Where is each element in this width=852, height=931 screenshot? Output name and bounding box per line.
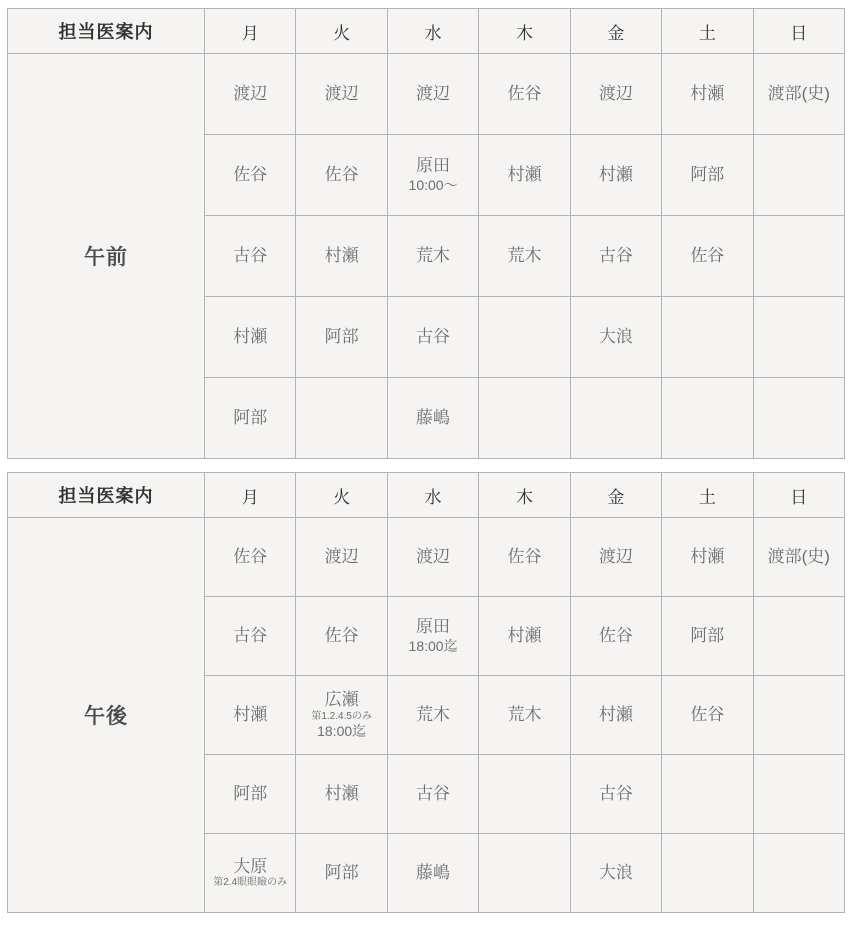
doctor-name: 荒木	[479, 246, 569, 266]
day-header-4: 木	[479, 9, 570, 54]
schedule-cell: 渡辺	[205, 54, 296, 135]
day-header-1: 月	[205, 473, 296, 518]
day-header-2: 火	[296, 9, 387, 54]
doctor-name: 村瀬	[205, 705, 295, 725]
schedule-cell: 古谷	[387, 297, 478, 378]
schedule-cell-empty	[662, 378, 753, 459]
schedule-cell: 村瀬	[479, 597, 570, 676]
doctor-name: 村瀬	[571, 705, 661, 725]
schedule-cell: 佐谷	[205, 135, 296, 216]
doctor-sub: 18:00迄	[296, 723, 386, 740]
doctor-note: 第2.4眼眼瞼のみ	[205, 877, 295, 889]
header-row: 担当医案内月火水木金土日	[8, 9, 845, 54]
schedule-cell: 荒木	[479, 676, 570, 755]
doctor-name: 古谷	[205, 626, 295, 646]
doctor-name: 村瀬	[571, 165, 661, 185]
day-header-7: 日	[753, 9, 844, 54]
doctor-name: 佐谷	[205, 547, 295, 567]
schedule-cell-empty	[753, 676, 844, 755]
schedule-cell: 大原第2.4眼眼瞼のみ	[205, 834, 296, 913]
doctor-name: 古谷	[388, 784, 478, 804]
schedule-cell: 藤嶋	[387, 378, 478, 459]
doctor-name: 原田	[388, 617, 478, 637]
schedule-cell: 古谷	[570, 216, 661, 297]
corner-header-label: 担当医案内	[8, 9, 205, 54]
doctor-name: 広瀬	[296, 690, 386, 710]
schedule-cell: 大浪	[570, 834, 661, 913]
doctor-name: 古谷	[571, 246, 661, 266]
schedule-cell-empty	[753, 755, 844, 834]
doctor-name: 渡部(史)	[754, 84, 844, 104]
doctor-name: 原田	[388, 156, 478, 176]
schedule-cell: 渡辺	[387, 54, 478, 135]
doctor-name: 佐谷	[479, 547, 569, 567]
schedule-cell-empty	[662, 834, 753, 913]
doctor-name: 大浪	[571, 327, 661, 347]
doctor-name: 村瀬	[296, 246, 386, 266]
schedule-cell: 阿部	[296, 834, 387, 913]
schedule-cell: 佐谷	[662, 216, 753, 297]
schedule-row: 午後佐谷渡辺渡辺佐谷渡辺村瀬渡部(史)	[8, 518, 845, 597]
doctor-name: 佐谷	[571, 626, 661, 646]
corner-header-label: 担当医案内	[8, 473, 205, 518]
schedule-cell: 阿部	[205, 755, 296, 834]
schedule-cell: 佐谷	[205, 518, 296, 597]
doctor-name: 渡辺	[388, 84, 478, 104]
schedule-cell: 佐谷	[479, 518, 570, 597]
day-header-5: 金	[570, 9, 661, 54]
doctor-name: 村瀬	[479, 165, 569, 185]
schedule-cell: 村瀬	[296, 216, 387, 297]
doctor-name: 佐谷	[479, 84, 569, 104]
schedule-cell: 荒木	[479, 216, 570, 297]
schedule-cell-empty	[753, 597, 844, 676]
schedule-cell: 渡辺	[296, 518, 387, 597]
schedule-cell: 佐谷	[296, 135, 387, 216]
schedule-cell: 村瀬	[479, 135, 570, 216]
doctor-name: 村瀬	[296, 784, 386, 804]
schedule-cell: 村瀬	[570, 135, 661, 216]
doctor-schedule-page: 担当医案内月火水木金土日午前渡辺渡辺渡辺佐谷渡辺村瀬渡部(史)佐谷佐谷原田10:…	[0, 0, 852, 931]
doctor-sub: 10:00～	[388, 177, 478, 194]
doctor-name: 阿部	[662, 165, 752, 185]
schedule-cell: 渡辺	[570, 54, 661, 135]
schedule-cell: 渡部(史)	[753, 518, 844, 597]
table-gap	[7, 459, 845, 472]
doctor-name: 大原	[205, 857, 295, 877]
day-header-2: 火	[296, 473, 387, 518]
doctor-name: 渡辺	[296, 84, 386, 104]
schedule-cell-empty	[479, 378, 570, 459]
doctor-name: 荒木	[388, 246, 478, 266]
schedule-cell: 村瀬	[570, 676, 661, 755]
doctor-name: 阿部	[205, 408, 295, 428]
schedule-cell: 村瀬	[296, 755, 387, 834]
schedule-cell-empty	[753, 135, 844, 216]
schedule-cell: 古谷	[570, 755, 661, 834]
day-header-5: 金	[570, 473, 661, 518]
doctor-name: 阿部	[296, 327, 386, 347]
doctor-name: 村瀬	[205, 327, 295, 347]
doctor-name: 村瀬	[662, 84, 752, 104]
doctor-name: 藤嶋	[388, 863, 478, 883]
doctor-name: 佐谷	[296, 165, 386, 185]
schedule-cell-empty	[662, 297, 753, 378]
doctor-name: 渡部(史)	[754, 547, 844, 567]
schedule-cell: 古谷	[205, 597, 296, 676]
schedule-cell-empty	[479, 755, 570, 834]
day-header-6: 土	[662, 473, 753, 518]
schedule-cell: 荒木	[387, 216, 478, 297]
schedule-cell: 荒木	[387, 676, 478, 755]
schedule-cell: 佐谷	[662, 676, 753, 755]
doctor-name: 渡辺	[388, 547, 478, 567]
day-header-6: 土	[662, 9, 753, 54]
period-label-afternoon: 午後	[8, 518, 205, 913]
doctor-name: 村瀬	[479, 626, 569, 646]
doctor-name: 阿部	[662, 626, 752, 646]
doctor-name: 渡辺	[205, 84, 295, 104]
schedule-cell: 古谷	[387, 755, 478, 834]
schedule-cell-empty	[479, 834, 570, 913]
doctor-note: 第1.2.4.5のみ	[296, 711, 386, 723]
schedule-cell: 原田10:00～	[387, 135, 478, 216]
schedule-cell: 渡辺	[296, 54, 387, 135]
schedule-cell: 広瀬第1.2.4.5のみ18:00迄	[296, 676, 387, 755]
schedule-cell-empty	[570, 378, 661, 459]
doctor-name: 佐谷	[296, 626, 386, 646]
doctor-name: 荒木	[479, 705, 569, 725]
schedule-cell-empty	[753, 834, 844, 913]
doctor-name: 渡辺	[296, 547, 386, 567]
schedule-cell: 大浪	[570, 297, 661, 378]
schedule-cell: 渡部(史)	[753, 54, 844, 135]
schedule-row: 午前渡辺渡辺渡辺佐谷渡辺村瀬渡部(史)	[8, 54, 845, 135]
schedule-cell: 佐谷	[570, 597, 661, 676]
doctor-name: 古谷	[388, 327, 478, 347]
doctor-name: 佐谷	[205, 165, 295, 185]
doctor-name: 古谷	[205, 246, 295, 266]
schedule-cell: 阿部	[662, 597, 753, 676]
doctor-name: 大浪	[571, 863, 661, 883]
doctor-name: 藤嶋	[388, 408, 478, 428]
schedule-cell: 村瀬	[205, 676, 296, 755]
schedule-cell-empty	[753, 297, 844, 378]
doctor-name: 荒木	[388, 705, 478, 725]
schedule-cell: 阿部	[296, 297, 387, 378]
doctor-name: 村瀬	[662, 547, 752, 567]
day-header-7: 日	[753, 473, 844, 518]
afternoon-schedule-table: 担当医案内月火水木金土日午後佐谷渡辺渡辺佐谷渡辺村瀬渡部(史)古谷佐谷原田18:…	[7, 472, 845, 913]
schedule-cell: 渡辺	[570, 518, 661, 597]
schedule-cell: 原田18:00迄	[387, 597, 478, 676]
schedule-cell-empty	[296, 378, 387, 459]
doctor-name: 渡辺	[571, 84, 661, 104]
doctor-name: 古谷	[571, 784, 661, 804]
schedule-cell: 古谷	[205, 216, 296, 297]
doctor-name: 佐谷	[662, 705, 752, 725]
schedule-cell: 藤嶋	[387, 834, 478, 913]
schedule-cell: 村瀬	[205, 297, 296, 378]
day-header-3: 水	[387, 9, 478, 54]
schedule-cell-empty	[753, 216, 844, 297]
schedule-cell: 村瀬	[662, 518, 753, 597]
schedule-cell-empty	[662, 755, 753, 834]
morning-schedule-table: 担当医案内月火水木金土日午前渡辺渡辺渡辺佐谷渡辺村瀬渡部(史)佐谷佐谷原田10:…	[7, 8, 845, 459]
schedule-cell: 佐谷	[296, 597, 387, 676]
schedule-cell: 佐谷	[479, 54, 570, 135]
header-row: 担当医案内月火水木金土日	[8, 473, 845, 518]
schedule-cell-empty	[753, 378, 844, 459]
schedule-cell: 阿部	[205, 378, 296, 459]
day-header-3: 水	[387, 473, 478, 518]
doctor-sub: 18:00迄	[388, 638, 478, 655]
schedule-cell: 阿部	[662, 135, 753, 216]
doctor-name: 阿部	[296, 863, 386, 883]
schedule-cell-empty	[479, 297, 570, 378]
period-label-morning: 午前	[8, 54, 205, 459]
doctor-name: 阿部	[205, 784, 295, 804]
schedule-cell: 村瀬	[662, 54, 753, 135]
doctor-name: 佐谷	[662, 246, 752, 266]
day-header-1: 月	[205, 9, 296, 54]
doctor-name: 渡辺	[571, 547, 661, 567]
schedule-cell: 渡辺	[387, 518, 478, 597]
day-header-4: 木	[479, 473, 570, 518]
